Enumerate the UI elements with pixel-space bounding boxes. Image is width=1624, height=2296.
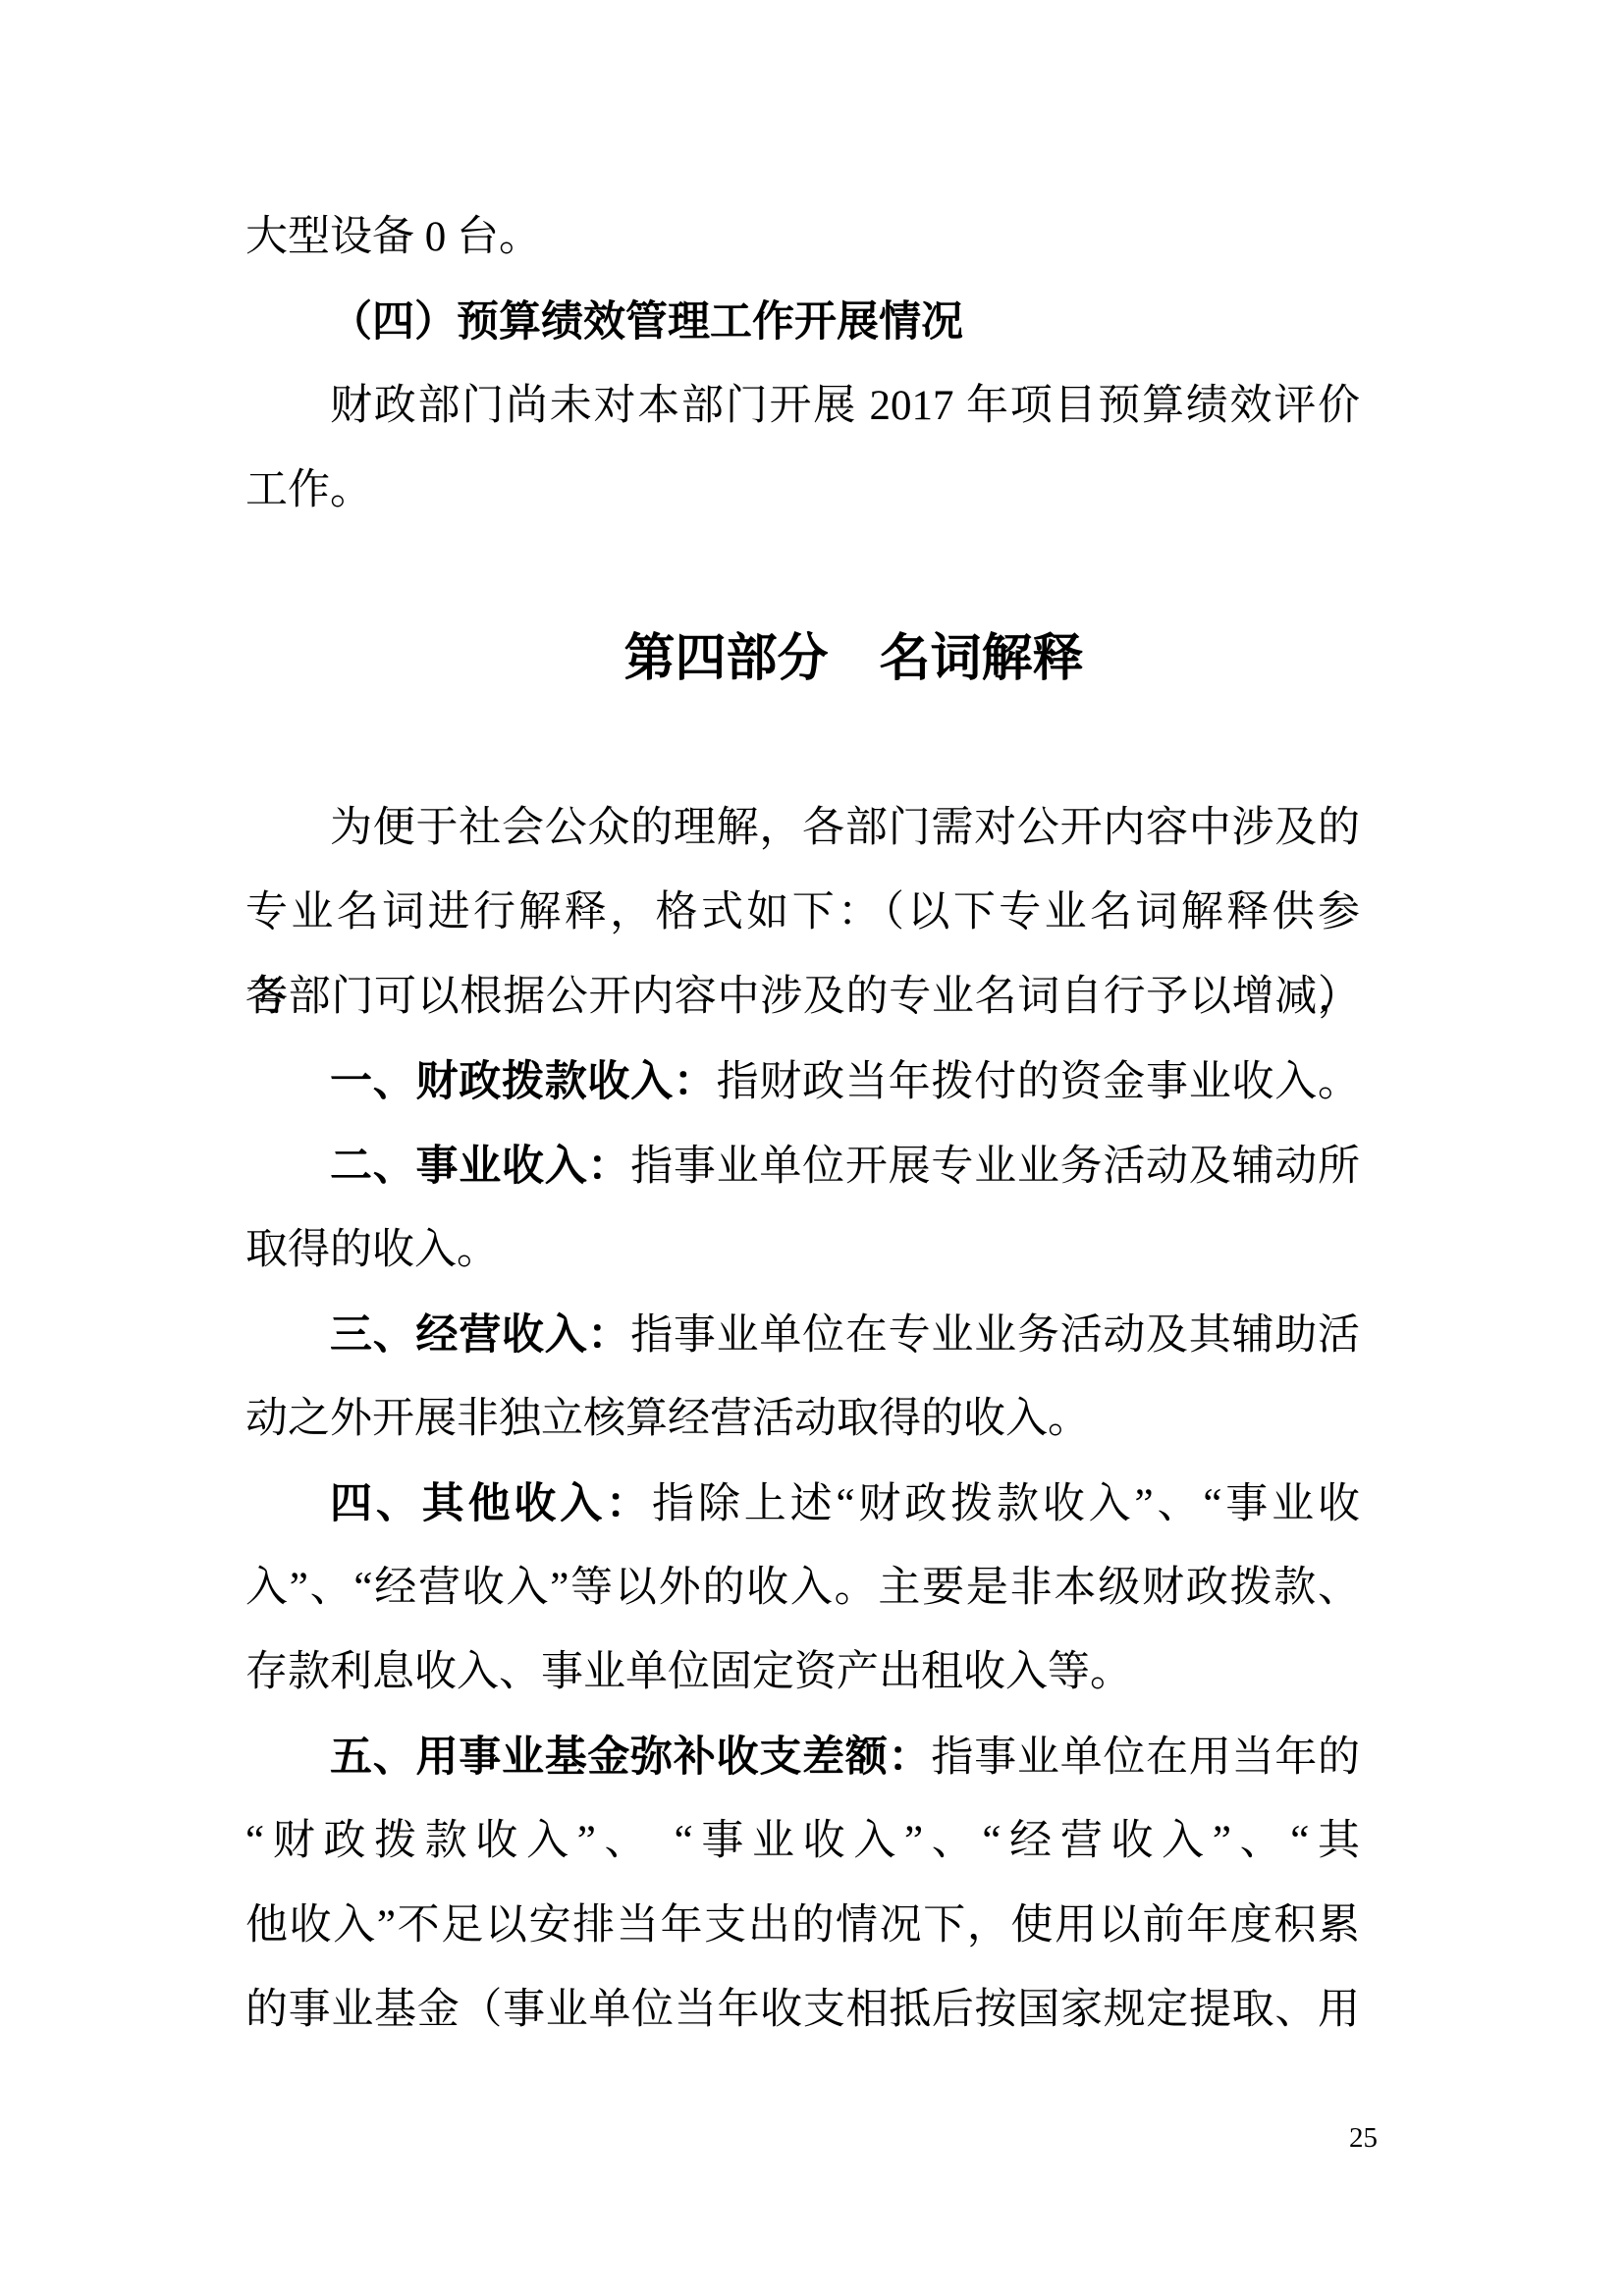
text-run: 指财政当年拨付的资金事业收入。 [717,1059,1360,1105]
body-line: 二、事业收入：指事业单位开展专业业务活动及辅动所 [245,1124,1360,1208]
text-block: 大型设备 0 台。（四）预算绩效管理工作开展情况财政部门尚未对本部门开展 201… [245,195,1360,2053]
page-number: 25 [1349,2118,1378,2158]
text-run: 取得的收入。 [245,1227,499,1273]
text-run: 各部门可以根据公开内容中涉及的专业名词自行予以增减） [245,974,1360,1020]
text-run: 入”、“经营收入”等以外的收入。主要是非本级财政拨款、 [245,1565,1360,1611]
text-run: 指事业单位在用当年的 [931,1735,1360,1781]
body-line: “财政拨款收入”、 “事业收入”、“经营收入”、“其 [245,1799,1360,1884]
body-line: 四、其他收入：指除上述“财政拨款收入”、“事业收 [245,1462,1360,1546]
text-run: 指事业单位在专业业务活动及其辅助活 [630,1312,1360,1359]
text-run: 为便于社会公众的理解，各部门需对公开内容中涉及的 [330,805,1360,851]
body-line: 大型设备 0 台。 [245,195,1360,280]
body-line: 动之外开展非独立核算经营活动取得的收入。 [245,1377,1360,1462]
text-run: 财政部门尚未对本部门开展 2017 年项目预算绩效评价 [330,383,1360,429]
bold-text-run: 四、其他收入： [330,1480,652,1527]
body-line: 为便于社会公众的理解，各部门需对公开内容中涉及的 [245,786,1360,871]
bold-text-run: 二、事业收入： [330,1143,630,1190]
bold-text-run: 第四部分 名词解释 [623,631,1083,687]
body-line: 各部门可以根据公开内容中涉及的专业名词自行予以增减） [245,955,1360,1040]
body-line: 的事业基金（事业单位当年收支相抵后按国家规定提取、用 [245,1968,1360,2053]
text-run: “财政拨款收入”、 “事业收入”、“经营收入”、“其 [245,1818,1360,1864]
body-line: 他收入”不足以安排当年支出的情况下，使用以前年度积累 [245,1884,1360,1968]
body-line: 入”、“经营收入”等以外的收入。主要是非本级财政拨款、 [245,1546,1360,1630]
body-line: 存款利息收入、事业单位固定资产出租收入等。 [245,1630,1360,1715]
body-line: 五、用事业基金弥补收支差额：指事业单位在用当年的 [245,1715,1360,1799]
text-run: 指除上述“财政拨款收入”、“事业收 [652,1481,1360,1527]
subsection-heading: （四）预算绩效管理工作开展情况 [245,280,1360,364]
section-title: 第四部分 名词解释 [297,617,1411,702]
text-run: 工作。 [245,467,372,513]
bold-text-run: （四）预算绩效管理工作开展情况 [330,298,963,346]
text-run: 的事业基金（事业单位当年收支相抵后按国家规定提取、用 [245,1987,1360,2033]
bold-text-run: 三、经营收入： [330,1311,630,1359]
bold-text-run: 五、用事业基金弥补收支差额： [330,1734,931,1781]
text-run: 大型设备 0 台。 [245,214,541,260]
document-page: 大型设备 0 台。（四）预算绩效管理工作开展情况财政部门尚未对本部门开展 201… [0,0,1624,2296]
bold-text-run: 一、财政拨款收入： [330,1058,717,1105]
body-line: 专业名词进行解释，格式如下：（以下专业名词解释供参考， [245,871,1360,955]
body-line: 一、财政拨款收入：指财政当年拨付的资金事业收入。 [245,1040,1360,1124]
text-run: 他收入”不足以安排当年支出的情况下，使用以前年度积累 [245,1902,1360,1949]
body-line: 工作。 [245,449,1360,533]
body-line: 三、经营收入：指事业单位在专业业务活动及其辅助活 [245,1293,1360,1377]
text-run: 存款利息收入、事业单位固定资产出租收入等。 [245,1649,1132,1695]
text-run: 指事业单位开展专业业务活动及辅动所 [630,1144,1360,1190]
body-line: 取得的收入。 [245,1208,1360,1293]
body-line: 财政部门尚未对本部门开展 2017 年项目预算绩效评价 [245,364,1360,449]
text-run: 动之外开展非独立核算经营活动取得的收入。 [245,1396,1090,1442]
